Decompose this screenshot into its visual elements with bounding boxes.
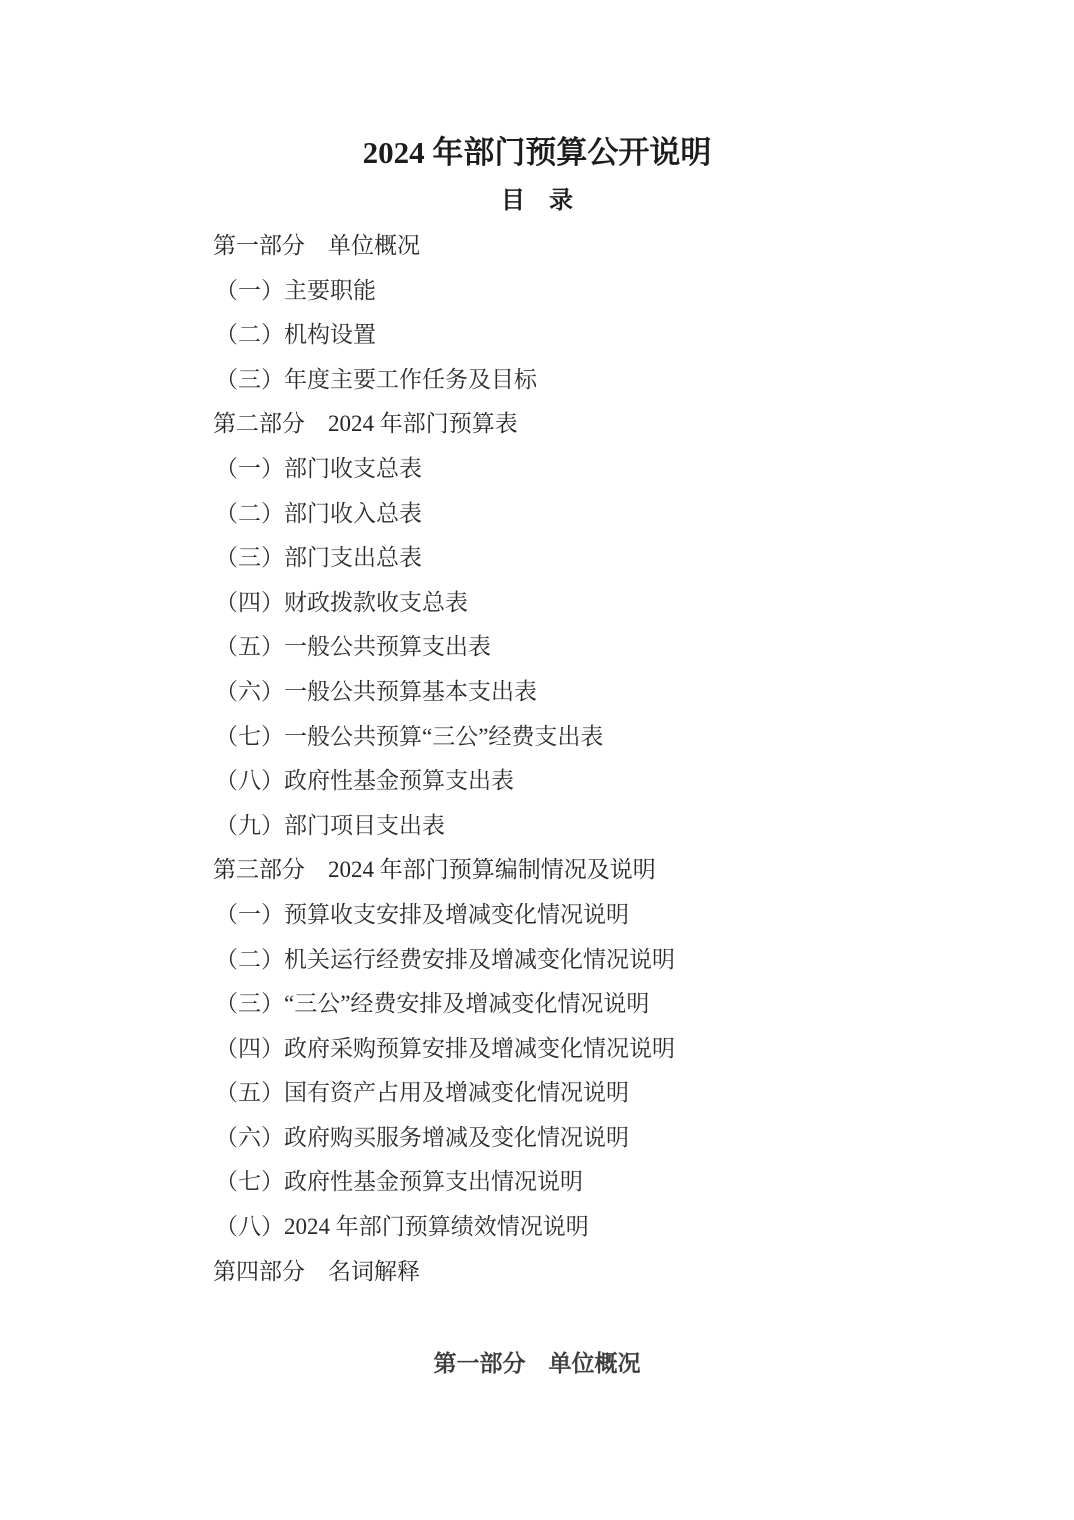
toc-entry: （三）“三公”经费安排及增减变化情况说明: [213, 982, 954, 1027]
toc-entry: （一）预算收支安排及增减变化情况说明: [213, 893, 954, 938]
part-one-section-heading: 第一部分 单位概况: [0, 1348, 1074, 1378]
toc-entry: （四）财政拨款收支总表: [213, 581, 954, 626]
toc-entry: （九）部门项目支出表: [213, 804, 954, 849]
toc-entry: （二）机关运行经费安排及增减变化情况说明: [213, 938, 954, 983]
toc-entry: （七）一般公共预算“三公”经费支出表: [213, 715, 954, 760]
toc-entry: （八）政府性基金预算支出表: [213, 759, 954, 804]
toc-entry: （五）一般公共预算支出表: [213, 625, 954, 670]
toc-entry: （三）部门支出总表: [213, 536, 954, 581]
toc-heading: 目 录: [0, 186, 1074, 216]
toc-entry: （六）政府购买服务增减及变化情况说明: [213, 1116, 954, 1161]
toc-entry: （二）机构设置: [213, 313, 954, 358]
toc-entry: （五）国有资产占用及增减变化情况说明: [213, 1071, 954, 1116]
toc-entry: （六）一般公共预算基本支出表: [213, 670, 954, 715]
toc-entry-part3: 第三部分 2024 年部门预算编制情况及说明: [213, 848, 954, 893]
toc-entry-part4: 第四部分 名词解释: [213, 1250, 954, 1295]
toc-entry: （三）年度主要工作任务及目标: [213, 358, 954, 403]
toc-entry: （四）政府采购预算安排及增减变化情况说明: [213, 1027, 954, 1072]
toc-entry-part2: 第二部分 2024 年部门预算表: [213, 402, 954, 447]
toc-entry-part1: 第一部分 单位概况: [213, 224, 954, 269]
toc-entry: （一）主要职能: [213, 269, 954, 314]
toc-entry: （一）部门收支总表: [213, 447, 954, 492]
toc-entry: （八）2024 年部门预算绩效情况说明: [213, 1205, 954, 1250]
document-page: 2024 年部门预算公开说明 目 录 第一部分 单位概况 （一）主要职能 （二）…: [0, 0, 1074, 1520]
page-title: 2024 年部门预算公开说明: [0, 0, 1074, 172]
toc-entry: （二）部门收入总表: [213, 492, 954, 537]
toc-entry: （七）政府性基金预算支出情况说明: [213, 1160, 954, 1205]
toc-list: 第一部分 单位概况 （一）主要职能 （二）机构设置 （三）年度主要工作任务及目标…: [0, 224, 1074, 1294]
